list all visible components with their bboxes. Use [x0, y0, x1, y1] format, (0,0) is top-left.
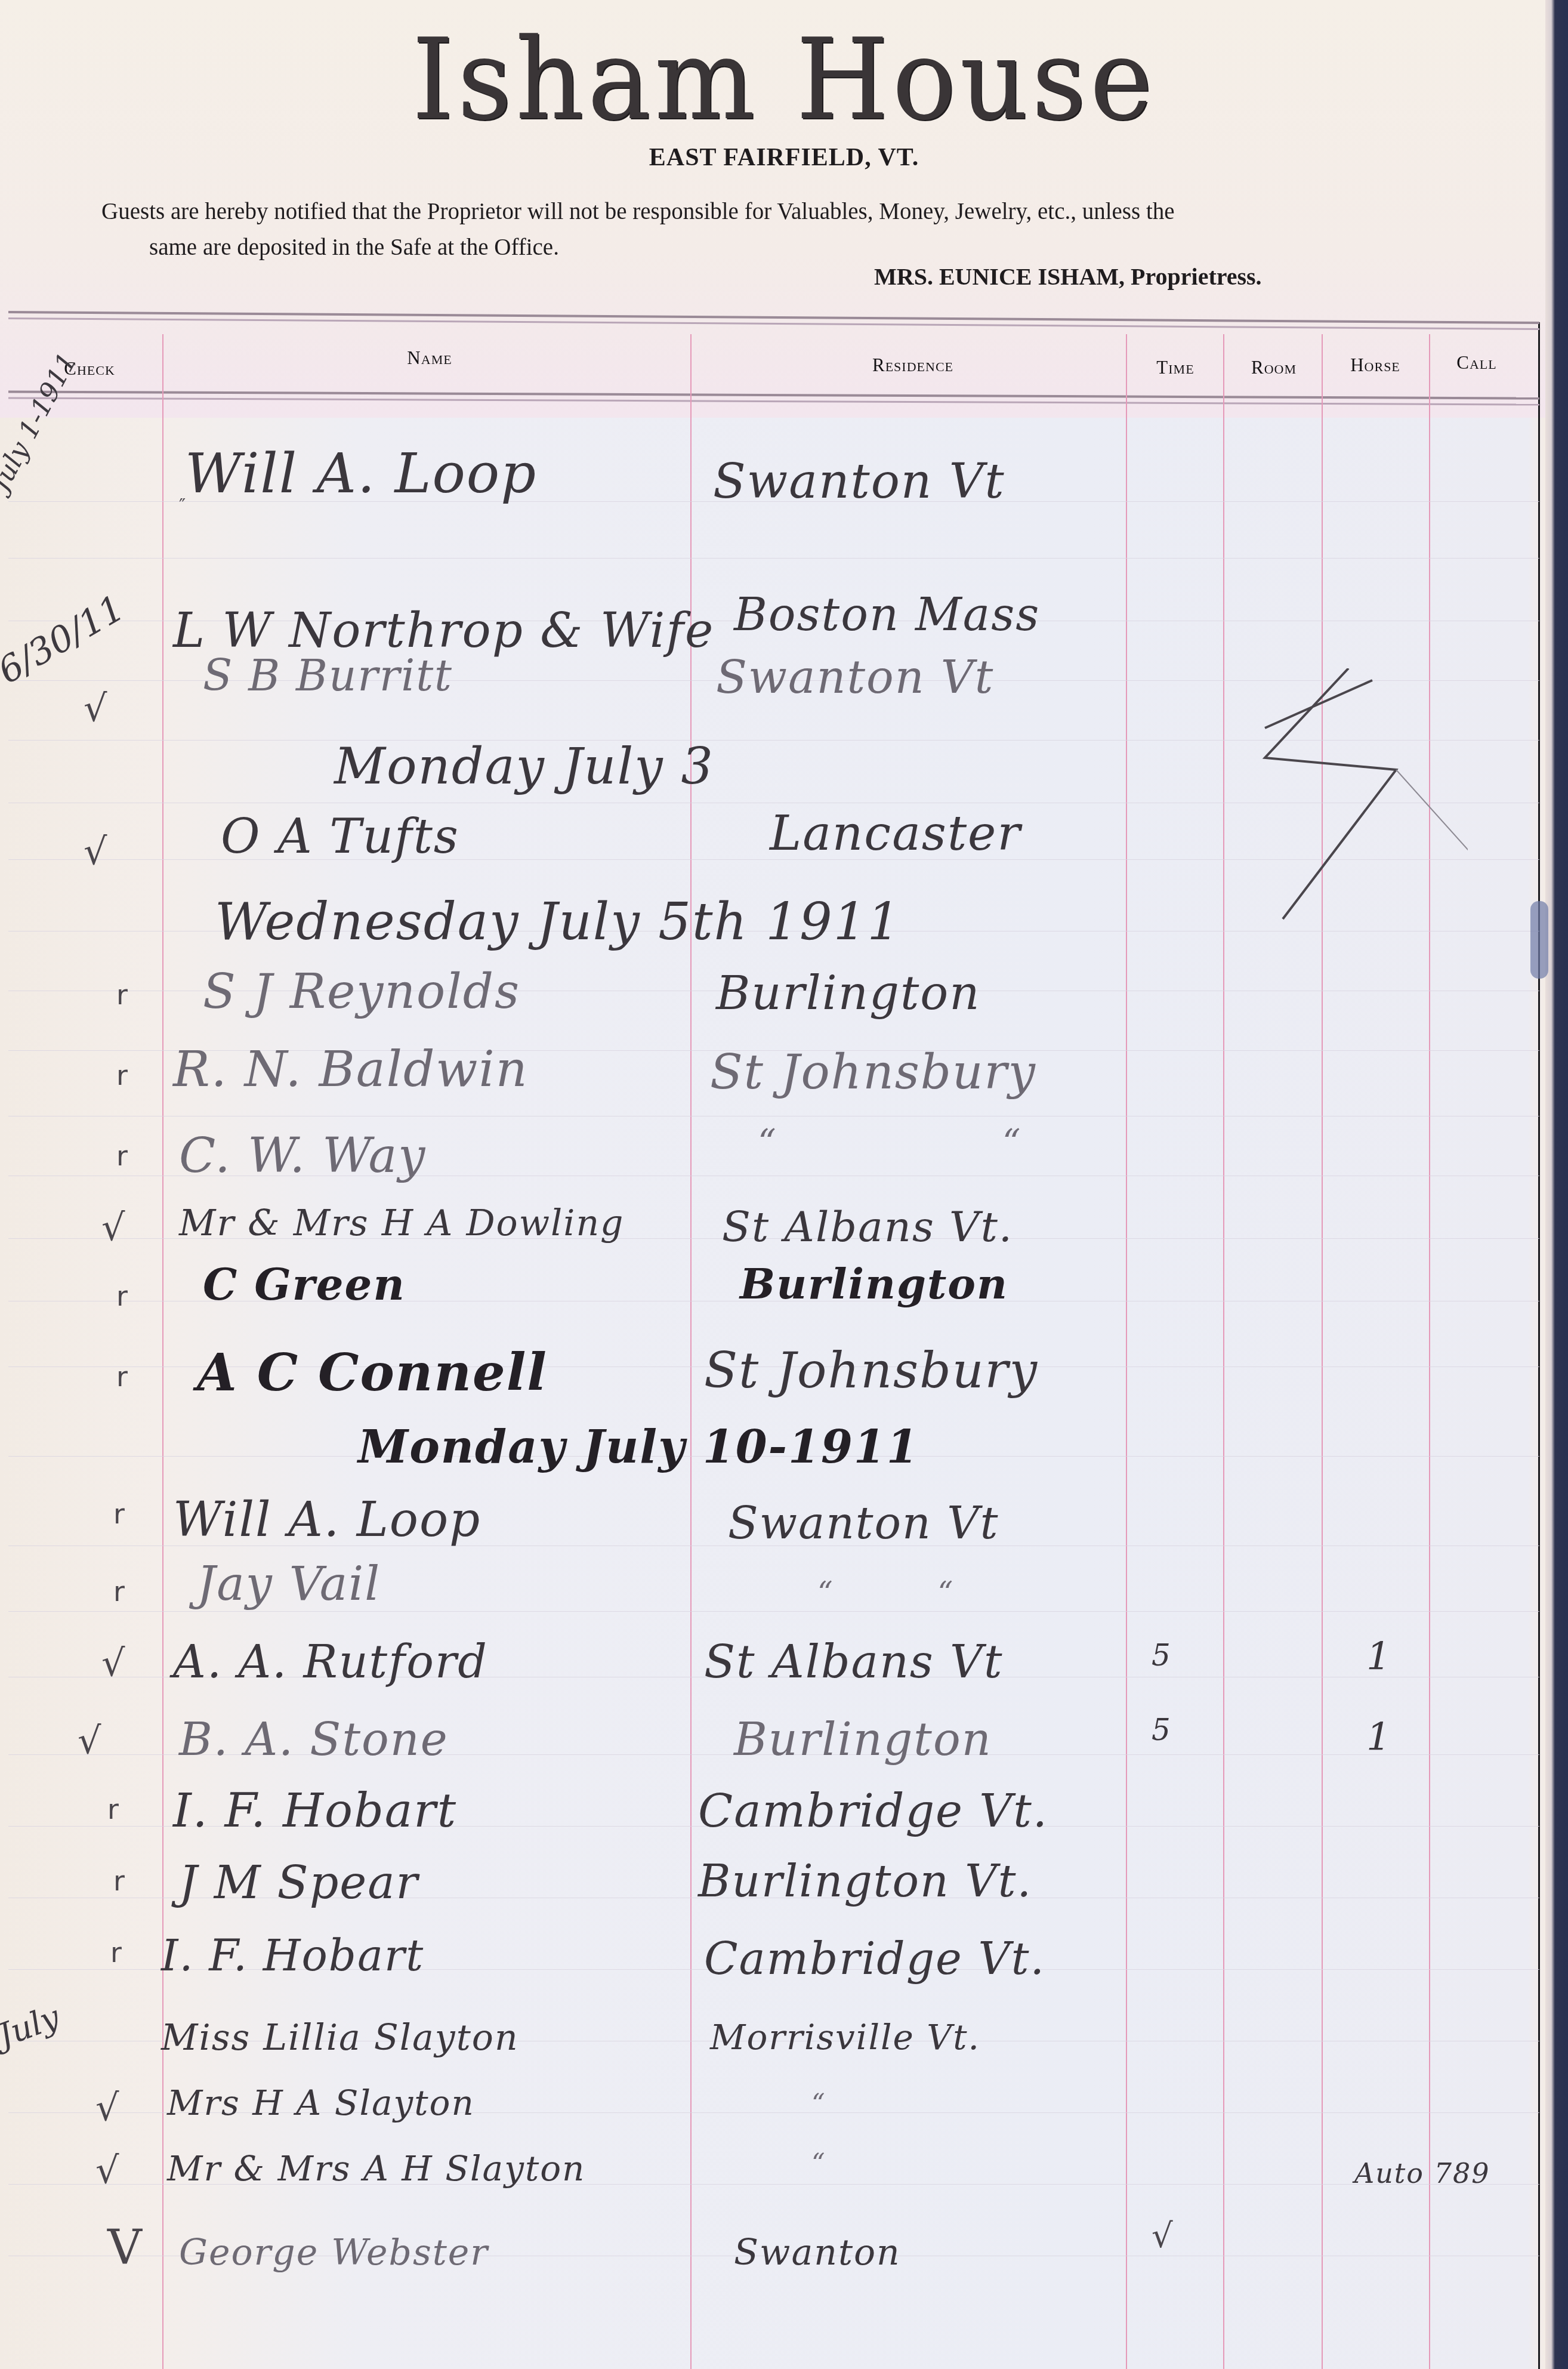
check-mark: r: [116, 979, 128, 1011]
ink-blot: [1530, 901, 1548, 979]
horse-count: 1: [1366, 1716, 1392, 1760]
register-page: [0, 0, 1545, 2369]
guest-residence: St Johnsbury: [710, 1044, 1036, 1100]
guest-residence: Burlington: [734, 1713, 992, 1766]
date-line: Monday July 3: [334, 737, 714, 795]
guest-name: J M Spear: [179, 1856, 419, 1909]
guest-residence: “: [811, 2148, 826, 2179]
ruled-line: [8, 1116, 1539, 1116]
guest-name: O A Tufts: [221, 809, 459, 864]
book-spine: [1545, 0, 1568, 2369]
check-mark: r: [116, 1140, 128, 1172]
check-mark: r: [113, 1498, 125, 1530]
time-check-mark: √: [1152, 2217, 1173, 2256]
guest-name: Mr & Mrs H A Dowling: [179, 1202, 624, 1244]
horse-count: 1: [1366, 1635, 1392, 1679]
column-header-residence: Residence: [794, 354, 1032, 376]
guest-name: R. N. Baldwin: [173, 1041, 529, 1098]
guest-name: Mrs H A Slayton: [167, 2083, 475, 2123]
column-divider-horse: [1429, 334, 1430, 2369]
guest-name: C. W. Way: [179, 1128, 426, 1183]
time-value: 5: [1152, 1713, 1172, 1747]
guest-name: I. F. Hobart: [161, 1930, 424, 1981]
guest-name: S J Reynolds: [203, 964, 520, 1019]
date-line: Wednesday July 5th 1911: [215, 892, 901, 952]
guest-name: S B Burritt: [203, 650, 453, 701]
column-divider-room: [1322, 334, 1323, 2369]
page-edge: [1538, 322, 1540, 2369]
check-mark: r: [113, 1865, 125, 1897]
guest-residence: “: [811, 2089, 826, 2119]
call-note-auto: Auto 789: [1354, 2157, 1490, 2189]
guest-name: Jay Vail: [197, 1557, 381, 1611]
guest-residence: Swanton Vt: [716, 650, 994, 704]
column-divider-time: [1223, 334, 1224, 2369]
check-mark: √: [84, 829, 107, 873]
guest-residence: “ “: [758, 1122, 1128, 1164]
guest-name: B. A. Stone: [179, 1713, 449, 1766]
guest-residence: Burlington: [716, 967, 980, 1020]
column-header-time: Time: [1134, 357, 1217, 378]
guest-residence: Cambridge Vt.: [698, 1784, 1048, 1837]
guest-name: C Green: [203, 1259, 406, 1310]
check-mark: √: [95, 2086, 119, 2129]
check-mark: r: [110, 1936, 122, 1969]
check-mark: r: [113, 1575, 125, 1608]
guest-residence: Lancaster: [770, 806, 1021, 861]
guest-name: I. F. Hobart: [173, 1784, 457, 1838]
column-header-horse: Horse: [1328, 354, 1423, 376]
check-mark: √: [101, 1641, 125, 1685]
guest-residence: Burlington: [740, 1259, 1008, 1309]
guest-residence: Swanton: [734, 2232, 901, 2274]
check-mark: r: [116, 1059, 128, 1091]
liability-notice: Guests are hereby notified that the Prop…: [101, 194, 1474, 266]
check-mark: V: [107, 2220, 142, 2275]
hotel-title: Isham House: [0, 15, 1568, 144]
guest-name: Mr & Mrs A H Slayton: [167, 2148, 585, 2189]
column-header-room: Room: [1229, 357, 1319, 378]
check-mark: √: [84, 686, 107, 730]
guest-residence: St Johnsbury: [704, 1343, 1038, 1399]
check-mark: r: [107, 1793, 119, 1825]
hotel-location: EAST FAIRFIELD, VT.: [0, 143, 1568, 172]
notice-line-2: same are deposited in the Safe at the Of…: [101, 230, 1474, 266]
guest-residence: Swanton Vt: [713, 454, 1005, 509]
check-mark: r: [116, 1361, 128, 1393]
guest-name: Will A. Loop: [185, 442, 537, 505]
guest-residence: Swanton Vt: [728, 1498, 999, 1549]
time-value: 5: [1152, 1638, 1172, 1673]
guest-residence: Cambridge Vt.: [704, 1933, 1045, 1985]
guest-residence: St Albans Vt: [704, 1635, 1003, 1688]
guest-name: A. A. Rutford: [173, 1635, 488, 1688]
column-divider-check: [162, 334, 163, 2369]
guest-name: Miss Lillia Slayton: [161, 2017, 519, 2059]
check-mark: √: [95, 2148, 119, 2192]
guest-residence: Burlington Vt.: [698, 1856, 1032, 1907]
column-header-name: Name: [334, 347, 525, 369]
proprietor-role: Proprietress.: [1131, 263, 1262, 290]
guest-name: A C Connell: [197, 1343, 548, 1403]
guest-name: Will A. Loop: [173, 1492, 481, 1547]
notice-line-1: Guests are hereby notified that the Prop…: [101, 199, 1175, 224]
guest-residence: Morrisville Vt.: [710, 2017, 980, 2058]
guest-name: George Webster: [179, 2232, 489, 2274]
proprietor-signature: MRS. EUNICE ISHAM, Proprietress.: [874, 263, 1262, 291]
check-mark: √: [101, 1205, 125, 1249]
pencil-scribble: [1253, 668, 1468, 943]
column-divider-residence: [1126, 334, 1127, 2369]
check-mark: r: [116, 1280, 128, 1312]
guest-residence: Boston Mass: [734, 588, 1040, 641]
date-line: Monday July 10-1911: [358, 1420, 919, 1473]
check-mark: √: [78, 1719, 101, 1762]
guest-residence: St Albans Vt.: [722, 1202, 1013, 1251]
proprietor-name: MRS. EUNICE ISHAM,: [874, 263, 1125, 290]
column-header-call: Call: [1432, 352, 1521, 374]
ruled-line: [8, 1611, 1539, 1612]
guest-residence: “ “: [817, 1575, 1001, 1610]
ruled-line: [8, 558, 1539, 559]
